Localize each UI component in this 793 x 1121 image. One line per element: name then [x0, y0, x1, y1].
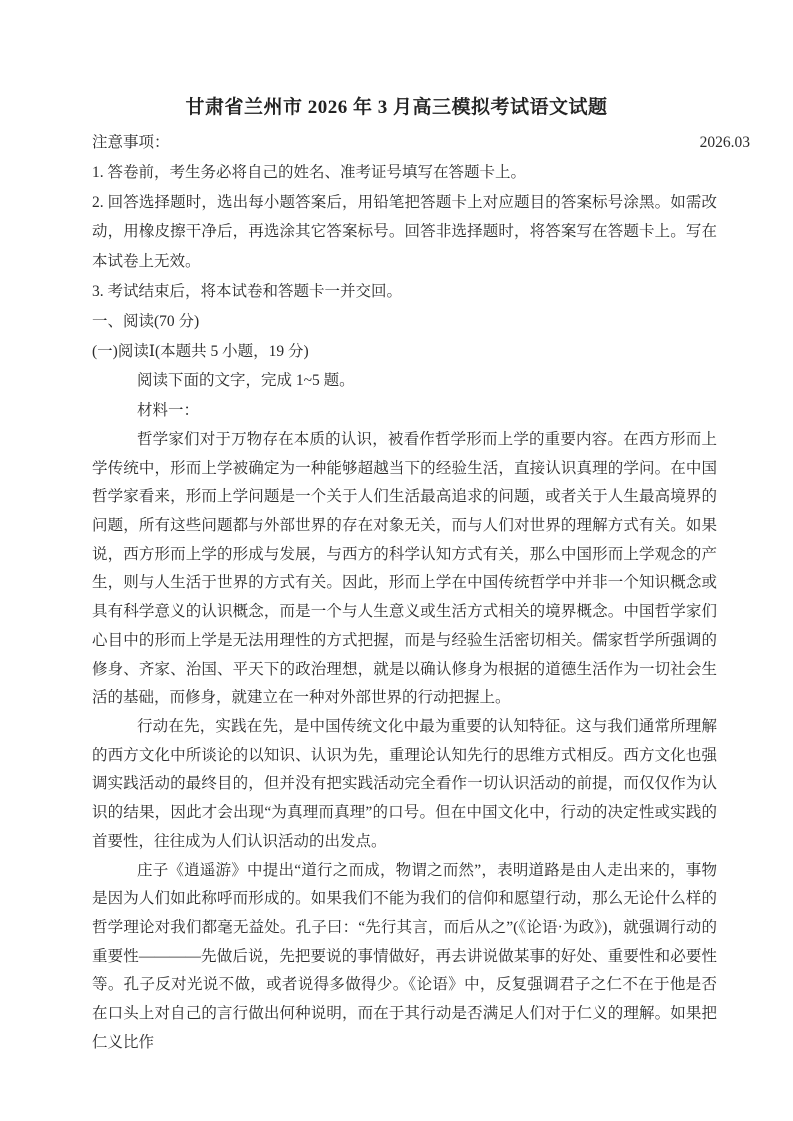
notice-header-row: 注意事项： 2026.03: [92, 128, 750, 158]
material-paragraph-3: 庄子《逍遥游》中提出“道行之而成，物谓之而然”，表明道路是由人走出来的，事物是因…: [92, 857, 717, 1058]
reading-instruction: 阅读下面的文字，完成 1~5 题。: [92, 366, 717, 396]
material-paragraph-1: 哲学家们对于万物存在本质的认识，被看作哲学形而上学的重要内容。在西方形而上学传统…: [92, 426, 717, 713]
material-label: 材料一：: [92, 396, 717, 426]
material-paragraph-2: 行动在先，实践在先，是中国传统文化中最为重要的认知特征。这与我们通常所理解的西方…: [92, 713, 717, 857]
page-title: 甘肃省兰州市 2026 年 3 月高三模拟考试语文试题: [0, 94, 793, 121]
document-body: 1. 答卷前，考生务必将自己的姓名、准考证号填写在答题卡上。 2. 回答选择题时…: [92, 158, 717, 1058]
exam-paper-page: 甘肃省兰州市 2026 年 3 月高三模拟考试语文试题 注意事项： 2026.0…: [0, 0, 793, 1121]
notice-item-3: 3. 考试结束后，将本试卷和答题卡一并交回。: [92, 277, 717, 307]
notice-heading: 注意事项：: [92, 128, 170, 158]
subsection-heading: (一)阅读Ⅰ(本题共 5 小题，19 分): [92, 337, 717, 367]
exam-date: 2026.03: [700, 128, 750, 158]
notice-item-2: 2. 回答选择题时，选出每小题答案后，用铅笔把答题卡上对应题目的答案标号涂黑。如…: [92, 188, 717, 277]
notice-item-1: 1. 答卷前，考生务必将自己的姓名、准考证号填写在答题卡上。: [92, 158, 717, 188]
section-heading: 一、阅读(70 分): [92, 307, 717, 337]
